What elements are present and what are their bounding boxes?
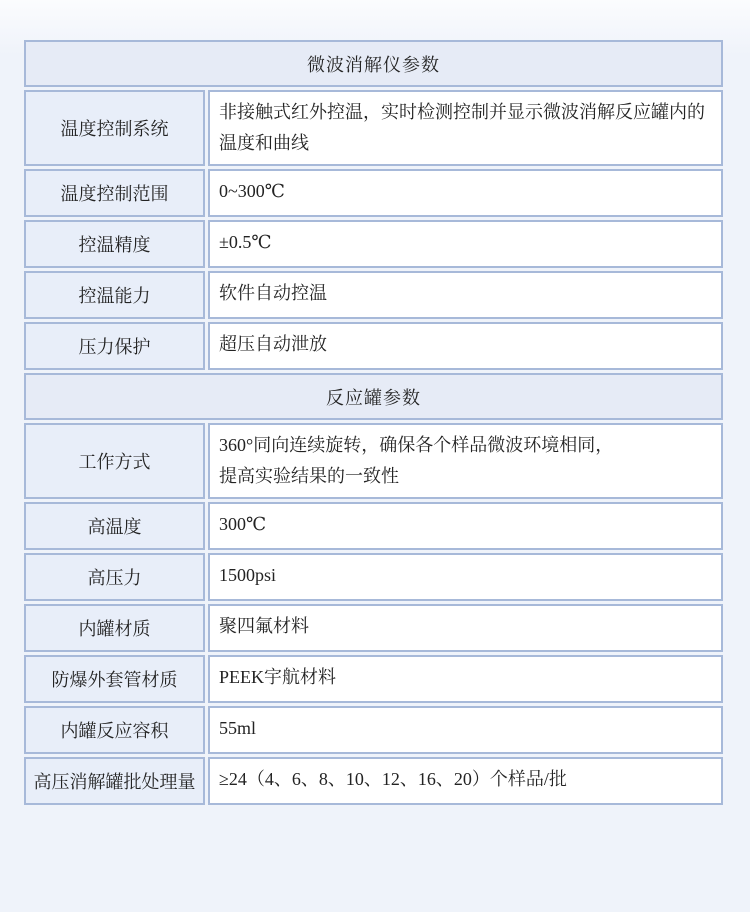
param-label: 防爆外套管材质 <box>24 655 205 703</box>
table-row: 控温精度±0.5℃ <box>24 220 723 268</box>
spec-table: 微波消解仪参数温度控制系统非接触式红外控温，实时检测控制并显示微波消解反应罐内的… <box>21 37 726 808</box>
table-row: 高压消解罐批处理量≥24（4、6、8、10、12、16、20）个样品/批 <box>24 757 723 805</box>
table-row: 内罐材质聚四氟材料 <box>24 604 723 652</box>
param-value: 1500psi <box>208 553 723 601</box>
param-label: 控温能力 <box>24 271 205 319</box>
param-value: 300℃ <box>208 502 723 550</box>
param-label: 工作方式 <box>24 423 205 499</box>
table-row: 工作方式360°同向连续旋转，确保各个样品微波环境相同， 提高实验结果的一致性 <box>24 423 723 499</box>
spec-table-body: 微波消解仪参数温度控制系统非接触式红外控温，实时检测控制并显示微波消解反应罐内的… <box>24 40 723 805</box>
param-label: 温度控制系统 <box>24 90 205 166</box>
param-label: 内罐材质 <box>24 604 205 652</box>
param-value: 软件自动控温 <box>208 271 723 319</box>
param-label: 内罐反应容积 <box>24 706 205 754</box>
param-value: PEEK宇航材料 <box>208 655 723 703</box>
spec-document: 微波消解仪参数温度控制系统非接触式红外控温，实时检测控制并显示微波消解反应罐内的… <box>21 37 726 808</box>
section-header: 微波消解仪参数 <box>24 40 723 87</box>
table-row: 压力保护超压自动泄放 <box>24 322 723 370</box>
param-label: 高压力 <box>24 553 205 601</box>
param-label: 高温度 <box>24 502 205 550</box>
param-value: 非接触式红外控温，实时检测控制并显示微波消解反应罐内的 温度和曲线 <box>208 90 723 166</box>
param-value: 超压自动泄放 <box>208 322 723 370</box>
section-header: 反应罐参数 <box>24 373 723 420</box>
table-row: 高压力1500psi <box>24 553 723 601</box>
param-label: 高压消解罐批处理量 <box>24 757 205 805</box>
table-row: 控温能力软件自动控温 <box>24 271 723 319</box>
param-value: ≥24（4、6、8、10、12、16、20）个样品/批 <box>208 757 723 805</box>
param-label: 压力保护 <box>24 322 205 370</box>
param-value: 55ml <box>208 706 723 754</box>
param-value: 360°同向连续旋转，确保各个样品微波环境相同， 提高实验结果的一致性 <box>208 423 723 499</box>
param-value: ±0.5℃ <box>208 220 723 268</box>
param-label: 控温精度 <box>24 220 205 268</box>
param-value: 聚四氟材料 <box>208 604 723 652</box>
table-row: 温度控制系统非接触式红外控温，实时检测控制并显示微波消解反应罐内的 温度和曲线 <box>24 90 723 166</box>
table-row: 温度控制范围0~300℃ <box>24 169 723 217</box>
param-label: 温度控制范围 <box>24 169 205 217</box>
table-row: 防爆外套管材质PEEK宇航材料 <box>24 655 723 703</box>
table-row: 高温度300℃ <box>24 502 723 550</box>
param-value: 0~300℃ <box>208 169 723 217</box>
table-row: 内罐反应容积55ml <box>24 706 723 754</box>
